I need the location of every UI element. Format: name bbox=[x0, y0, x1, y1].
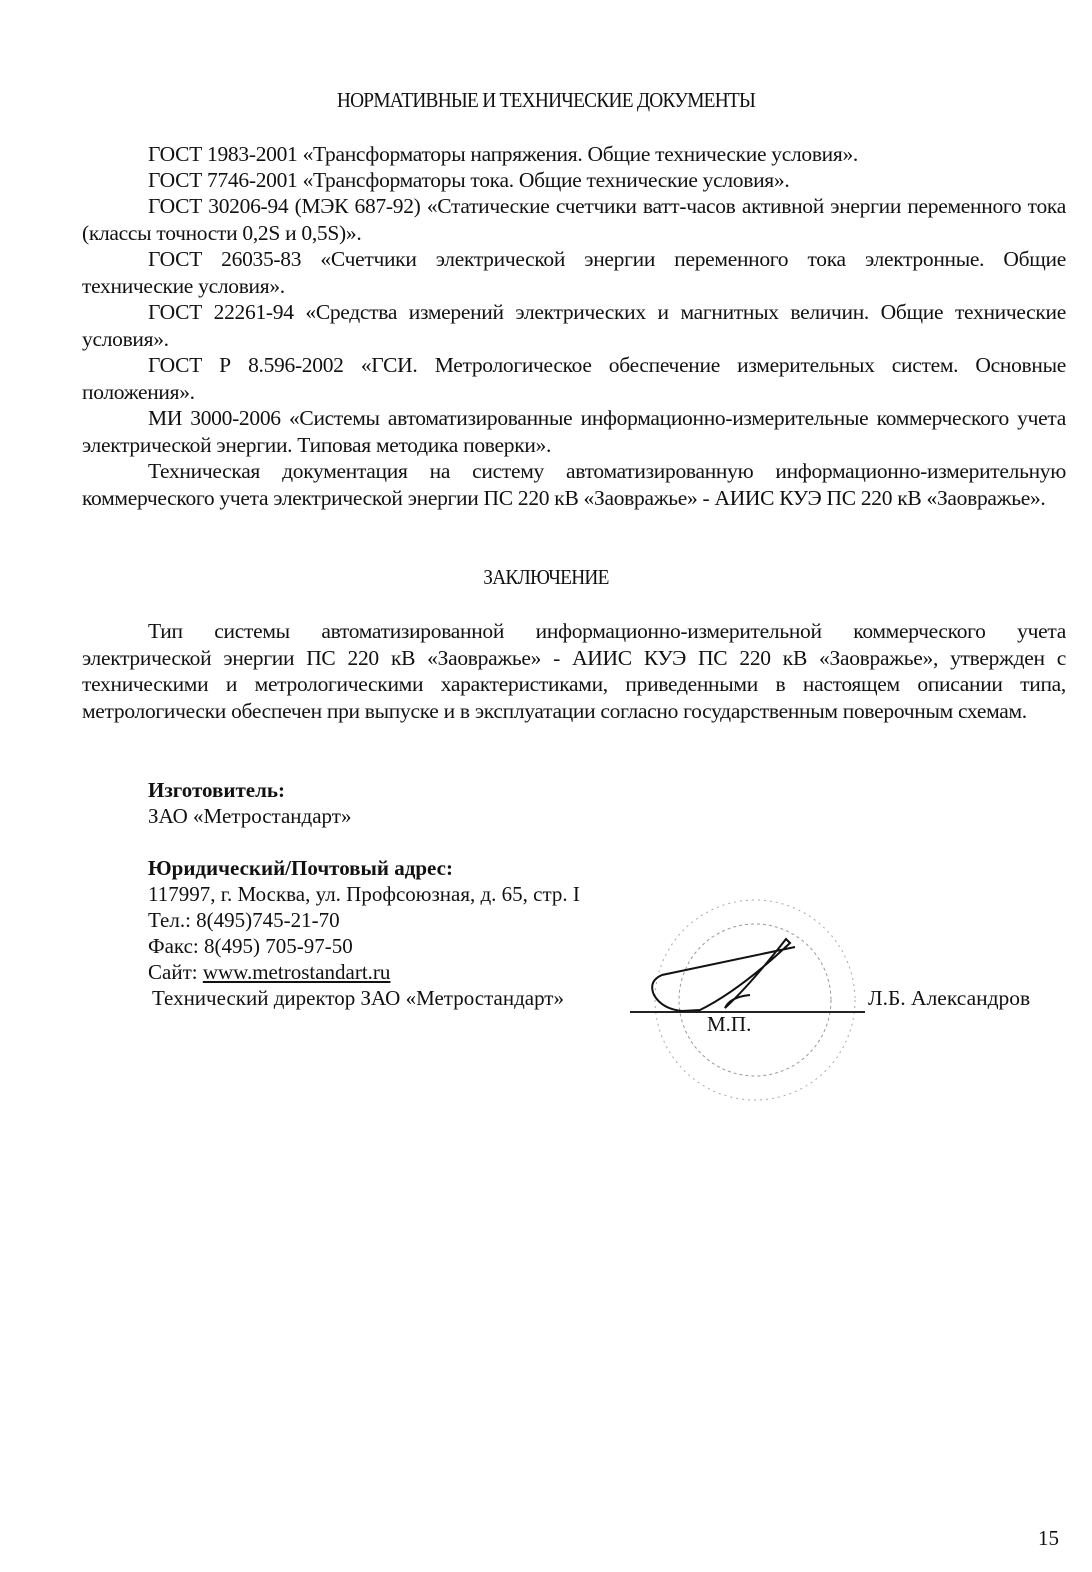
normative-item-text: ГОСТ 7746-2001 «Трансформаторы тока. Общ… bbox=[148, 168, 789, 192]
document-page: НОРМАТИВНЫЕ И ТЕХНИЧЕСКИЕ ДОКУМЕНТЫ ГОСТ… bbox=[0, 0, 1092, 1572]
normative-item-text: ГОСТ 1983-2001 «Трансформаторы напряжени… bbox=[148, 142, 858, 166]
stamp-label: М.П. bbox=[707, 1012, 751, 1037]
site-label: Сайт: bbox=[148, 960, 203, 984]
manufacturer-label: Изготовитель: bbox=[148, 777, 285, 803]
conclusion-section-title: ЗАКЛЮЧЕНИЕ bbox=[44, 565, 1049, 590]
normative-section-title: НОРМАТИВНЫЕ И ТЕХНИЧЕСКИЕ ДОКУМЕНТЫ bbox=[44, 88, 1049, 113]
normative-item: Техническая документация на систему авто… bbox=[82, 458, 1066, 511]
address-label: Юридический/Почтовый адрес: bbox=[148, 855, 453, 881]
address-site: Сайт: www.metrostandart.ru bbox=[148, 959, 390, 985]
normative-item-text: МИ 3000-2006 «Системы автоматизированные… bbox=[82, 406, 1066, 457]
page-number: 15 bbox=[1038, 1526, 1059, 1551]
signature-icon bbox=[640, 935, 800, 1020]
manufacturer-name: ЗАО «Метростандарт» bbox=[148, 803, 351, 829]
signatory-position: Технический директор ЗАО «Метростандарт» bbox=[152, 985, 564, 1011]
normative-item: ГОСТ Р 8.596-2002 «ГСИ. Метрологическое … bbox=[82, 352, 1066, 405]
normative-item: ГОСТ 7746-2001 «Трансформаторы тока. Общ… bbox=[82, 167, 1066, 194]
normative-item-text: Техническая документация на систему авто… bbox=[82, 459, 1066, 510]
normative-item: ГОСТ 26035-83 «Счетчики электрической эн… bbox=[82, 246, 1066, 299]
normative-item-text: ГОСТ Р 8.596-2002 «ГСИ. Метрологическое … bbox=[82, 353, 1066, 404]
normative-item-text: ГОСТ 26035-83 «Счетчики электрической эн… bbox=[82, 247, 1066, 298]
normative-item-text: ГОСТ 22261-94 «Средства измерений электр… bbox=[82, 300, 1066, 351]
address-phone: Тел.: 8(495)745-21-70 bbox=[148, 907, 340, 933]
conclusion-text: Тип системы автоматизированной информаци… bbox=[82, 619, 1066, 723]
normative-item: ГОСТ 22261-94 «Средства измерений электр… bbox=[82, 299, 1066, 352]
conclusion-paragraph: Тип системы автоматизированной информаци… bbox=[82, 618, 1066, 724]
site-link[interactable]: www.metrostandart.ru bbox=[203, 960, 391, 984]
normative-item: ГОСТ 30206-94 (МЭК 687-92) «Статические … bbox=[82, 193, 1066, 246]
signatory-name: Л.Б. Александров bbox=[868, 986, 1030, 1011]
normative-item: ГОСТ 1983-2001 «Трансформаторы напряжени… bbox=[82, 141, 1066, 168]
address-fax: Факс: 8(495) 705-97-50 bbox=[148, 933, 353, 959]
address-street: 117997, г. Москва, ул. Профсоюзная, д. 6… bbox=[148, 881, 580, 907]
normative-item-text: ГОСТ 30206-94 (МЭК 687-92) «Статические … bbox=[82, 194, 1066, 245]
normative-item: МИ 3000-2006 «Системы автоматизированные… bbox=[82, 405, 1066, 458]
